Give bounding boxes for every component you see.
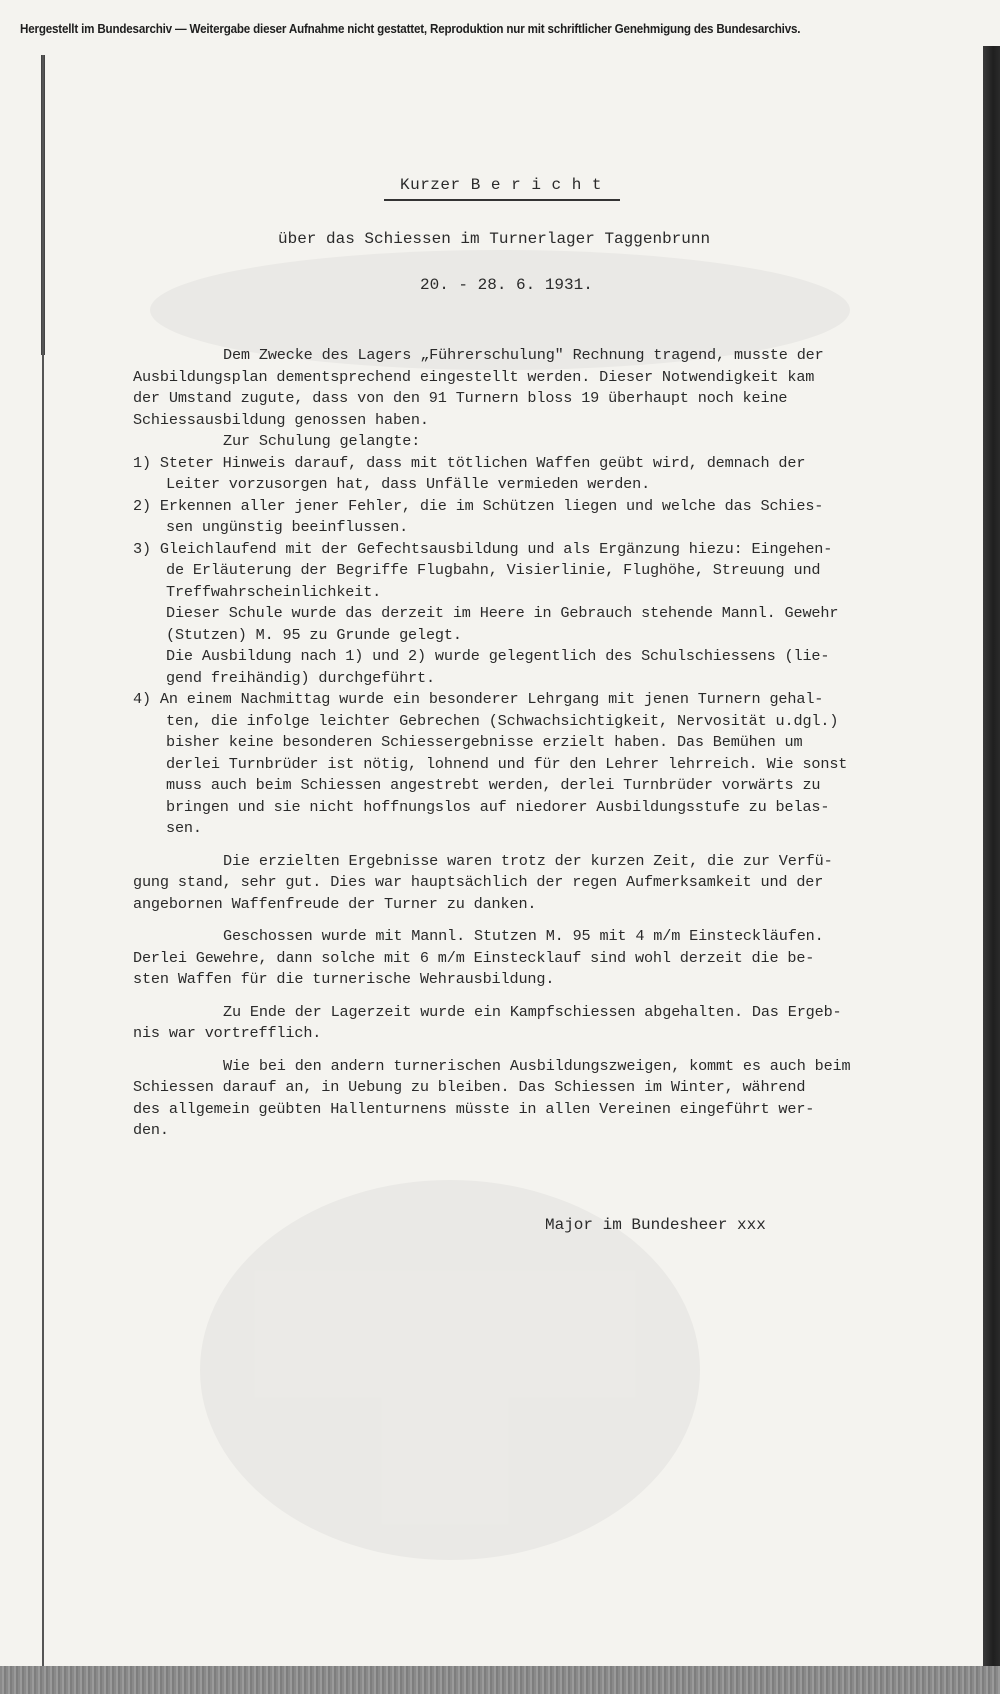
document-date: 20. - 28. 6. 1931. [420, 276, 593, 294]
text-line: Die erzielten Ergebnisse waren trotz der… [133, 851, 933, 873]
list-item: 2) Erkennen aller jener Fehler, die im S… [133, 496, 933, 539]
list-marker: 4) [133, 690, 151, 708]
list-intro: Zur Schulung gelangte: [133, 431, 933, 453]
text-line: Die Ausbildung nach 1) und 2) wurde gele… [133, 646, 933, 668]
list-text: An einem Nachmittag wurde ein besonderer… [160, 690, 823, 708]
paragraph-conclusion: Wie bei den andern turnerischen Ausbildu… [133, 1056, 933, 1142]
text-line: sen. [133, 818, 933, 840]
list-marker: 3) [133, 540, 151, 558]
text-line: de Erläuterung der Begriffe Flugbahn, Vi… [133, 560, 933, 582]
archive-stamp-header: Hergestellt im Bundesarchiv — Weitergabe… [20, 22, 913, 36]
text-line: gend freihändig) durchgeführt. [133, 668, 933, 690]
list-text: Erkennen aller jener Fehler, die im Schü… [160, 497, 823, 515]
scan-right-edge [983, 46, 1000, 1676]
text-line: 1) Steter Hinweis darauf, dass mit tötli… [133, 453, 933, 475]
list-item: 3) Gleichlaufend mit der Gefechtsausbild… [133, 539, 933, 690]
list-marker: 1) [133, 454, 151, 472]
text-line: ten, die infolge leichter Gebrechen (Sch… [133, 711, 933, 733]
list-text: Steter Hinweis darauf, dass mit tötliche… [160, 454, 805, 472]
text-line: 3) Gleichlaufend mit der Gefechtsausbild… [133, 539, 933, 561]
text-line: Dieser Schule wurde das derzeit im Heere… [133, 603, 933, 625]
margin-rule [42, 55, 44, 1680]
text-line: der Umstand zugute, dass von den 91 Turn… [133, 388, 933, 410]
text-line: nis war vortrefflich. [133, 1023, 933, 1045]
paragraph-intro: Dem Zwecke des Lagers „Führerschulung" R… [133, 345, 933, 431]
text-line: Geschossen wurde mit Mannl. Stutzen M. 9… [133, 926, 933, 948]
signature: Major im Bundesheer xxx [545, 1216, 766, 1234]
text-line: des allgemein geübten Hallenturnens müss… [133, 1099, 933, 1121]
text-line: angebornen Waffenfreude der Turner zu da… [133, 894, 933, 916]
list-marker: 2) [133, 497, 151, 515]
text-line: bringen und sie nicht hoffnungslos auf n… [133, 797, 933, 819]
text-line: 2) Erkennen aller jener Fehler, die im S… [133, 496, 933, 518]
document-subtitle: über das Schiessen im Turnerlager Taggen… [278, 230, 710, 248]
scan-bottom-edge [0, 1666, 1000, 1694]
text-line: Schiessen darauf an, in Uebung zu bleibe… [133, 1077, 933, 1099]
text-line: Dem Zwecke des Lagers „Führerschulung" R… [133, 345, 933, 367]
paragraph-weapons: Geschossen wurde mit Mannl. Stutzen M. 9… [133, 926, 933, 991]
text-line: sen ungünstig beeinflussen. [133, 517, 933, 539]
text-line: Wie bei den andern turnerischen Ausbildu… [133, 1056, 933, 1078]
text-line: Derlei Gewehre, dann solche mit 6 m/m Ei… [133, 948, 933, 970]
text-line: Zu Ende der Lagerzeit wurde ein Kampfsch… [133, 1002, 933, 1024]
text-line: Ausbildungsplan dementsprechend eingeste… [133, 367, 933, 389]
text-line: Leiter vorzusorgen hat, dass Unfälle ver… [133, 474, 933, 496]
text-line: bisher keine besonderen Schiessergebniss… [133, 732, 933, 754]
list-item: 1) Steter Hinweis darauf, dass mit tötli… [133, 453, 933, 496]
document-title: Kurzer B e r i c h t [400, 176, 620, 194]
title-underline [384, 199, 620, 201]
paragraph-results: Die erzielten Ergebnisse waren trotz der… [133, 851, 933, 916]
document-page: Hergestellt im Bundesarchiv — Weitergabe… [0, 0, 983, 1666]
document-body: Dem Zwecke des Lagers „Führerschulung" R… [133, 345, 933, 1142]
list-item: 4) An einem Nachmittag wurde ein besonde… [133, 689, 933, 840]
text-line: Schiessausbildung genossen haben. [133, 410, 933, 432]
text-line: 4) An einem Nachmittag wurde ein besonde… [133, 689, 933, 711]
paragraph-combat-shooting: Zu Ende der Lagerzeit wurde ein Kampfsch… [133, 1002, 933, 1045]
text-line: muss auch beim Schiessen angestrebt werd… [133, 775, 933, 797]
paper-smudge [200, 1180, 700, 1560]
text-line: derlei Turnbrüder ist nötig, lohnend und… [133, 754, 933, 776]
text-line: Treffwahrscheinlichkeit. [133, 582, 933, 604]
text-line: (Stutzen) M. 95 zu Grunde gelegt. [133, 625, 933, 647]
text-line: gung stand, sehr gut. Dies war hauptsäch… [133, 872, 933, 894]
text-line: den. [133, 1120, 933, 1142]
list-text: Gleichlaufend mit der Gefechtsausbildung… [160, 540, 832, 558]
text-line: sten Waffen für die turnerische Wehrausb… [133, 969, 933, 991]
